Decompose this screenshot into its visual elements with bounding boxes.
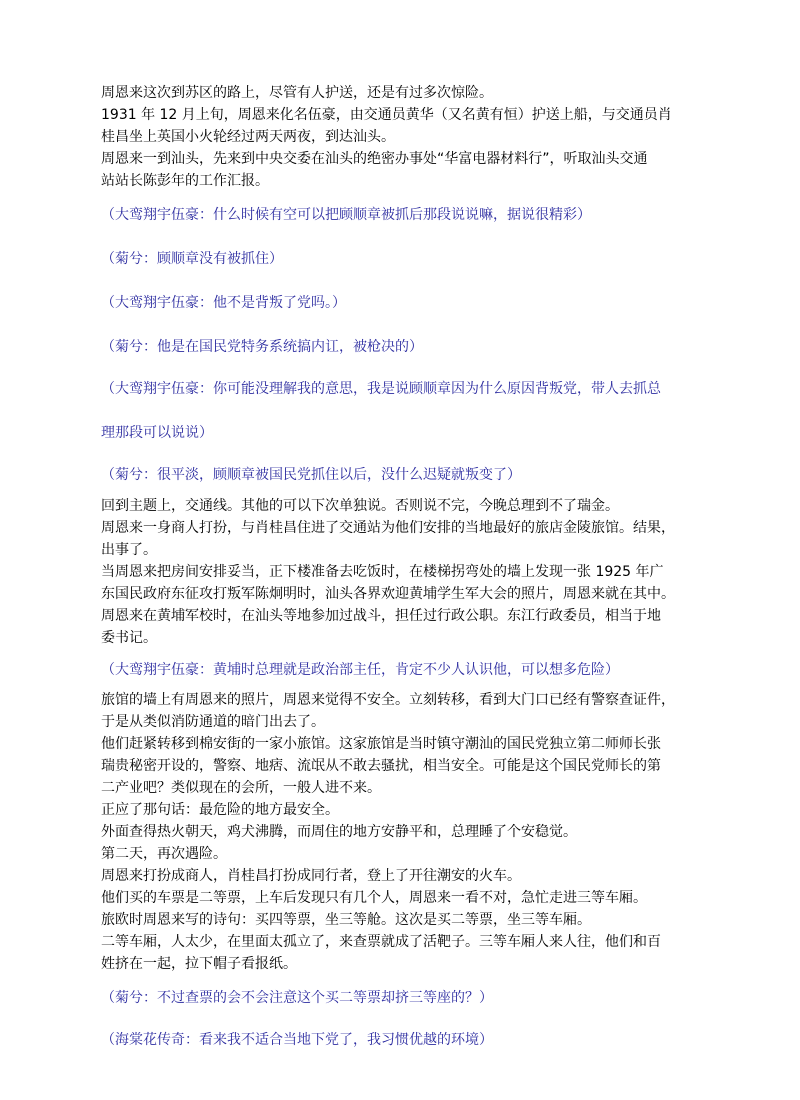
reader-comment: （海棠花传奇：看来我不适合当地下党了，我习惯优越的环境） — [101, 1029, 701, 1051]
body-line: 正应了那句话：最危险的地方最安全。 — [101, 799, 701, 821]
reader-comment: （大鸾翔宇伍豪：什么时候有空可以把顾顺章被抓后那段说说嘛，据说很精彩） — [101, 204, 701, 226]
body-line: 委书记。 — [101, 627, 701, 649]
body-line: 二等车厢，人太少，在里面太孤立了，来查票就成了活靶子。三等车厢人来人往，他们和百 — [101, 931, 701, 953]
body-line: 桂昌坐上英国小火轮经过两天两夜，到达汕头。 — [101, 126, 701, 148]
reader-comment: （菊兮：他是在国民党特务系统搞内讧，被枪决的） — [101, 336, 701, 358]
body-line: 外面查得热火朝天，鸡犬沸腾，而周住的地方安静平和，总理睡了个安稳觉。 — [101, 821, 701, 843]
body-line: 当周恩来把房间安排妥当，正下楼准备去吃饭时，在楼梯拐弯处的墙上发现一张 1925… — [101, 561, 701, 583]
body-line: 东国民政府东征攻打叛军陈炯明时，汕头各界欢迎黄埔学生军大会的照片，周恩来就在其中… — [101, 583, 701, 605]
body-line: 站站长陈彭年的工作汇报。 — [101, 170, 701, 192]
reader-comment: （菊兮：不过查票的会不会注意这个买二等票却挤三等座的？） — [101, 987, 701, 1009]
body-line: 回到主题上，交通线。其他的可以下次单独说。否则说不完，今晚总理到不了瑞金。 — [101, 495, 701, 517]
body-line: 周恩来一身商人打扮，与肖桂昌住进了交通站为他们安排的当地最好的旅店金陵旅馆。结果… — [101, 517, 701, 539]
body-line: 他们赶紧转移到棉安街的一家小旅馆。这家旅馆是当时镇守潮汕的国民党独立第二师师长张 — [101, 733, 701, 755]
reader-comment: （大鸾翔宇伍豪：你可能没理解我的意思，我是说顾顺章因为什么原因背叛党，带人去抓总 — [101, 378, 701, 400]
body-line: 二产业吧？类似现在的会所，一般人进不来。 — [101, 777, 701, 799]
reader-comment: 理那段可以说说） — [101, 422, 701, 444]
body-line: 他们买的车票是二等票，上车后发现只有几个人，周恩来一看不对，急忙走进三等车厢。 — [101, 887, 701, 909]
body-line: 旅馆的墙上有周恩来的照片，周恩来觉得不安全。立刻转移，看到大门口已经有警察查证件… — [101, 689, 701, 711]
reader-comment: （大鸾翔宇伍豪：他不是背叛了党吗。） — [101, 292, 701, 314]
body-line: 周恩来一到汕头，先来到中央交委在汕头的绝密办事处“华富电器材料行”，听取汕头交通 — [101, 148, 701, 170]
body-line: 瑞贵秘密开设的，警察、地痞、流氓从不敢去骚扰，相当安全。可能是这个国民党师长的第 — [101, 755, 701, 777]
reader-comment: （菊兮：顾顺章没有被抓住） — [101, 248, 701, 270]
body-line: 第二天，再次遇险。 — [101, 843, 701, 865]
body-line: 周恩来在黄埔军校时，在汕头等地参加过战斗，担任过行政公职。东江行政委员，相当于地 — [101, 605, 701, 627]
body-line: 旅欧时周恩来写的诗句：买四等票，坐三等舱。这次是买二等票，坐三等车厢。 — [101, 909, 701, 931]
body-line: 出事了。 — [101, 539, 701, 561]
reader-comment: （菊兮：很平淡，顾顺章被国民党抓住以后，没什么迟疑就叛变了） — [101, 464, 701, 486]
body-line: 于是从类似消防通道的暗门出去了。 — [101, 711, 701, 733]
body-line: 姓挤在一起，拉下帽子看报纸。 — [101, 953, 701, 975]
body-line: 周恩来这次到苏区的路上，尽管有人护送，还是有过多次惊险。 — [101, 82, 701, 104]
body-line: 1931 年 12 月上旬，周恩来化名伍豪，由交通员黄华（又名黄有恒）护送上船，… — [101, 104, 701, 126]
reader-comment: （大鸾翔宇伍豪：黄埔时总理就是政治部主任，肯定不少人认识他，可以想多危险） — [101, 659, 701, 681]
body-line: 周恩来打扮成商人，肖桂昌打扮成同行者，登上了开往潮安的火车。 — [101, 865, 701, 887]
